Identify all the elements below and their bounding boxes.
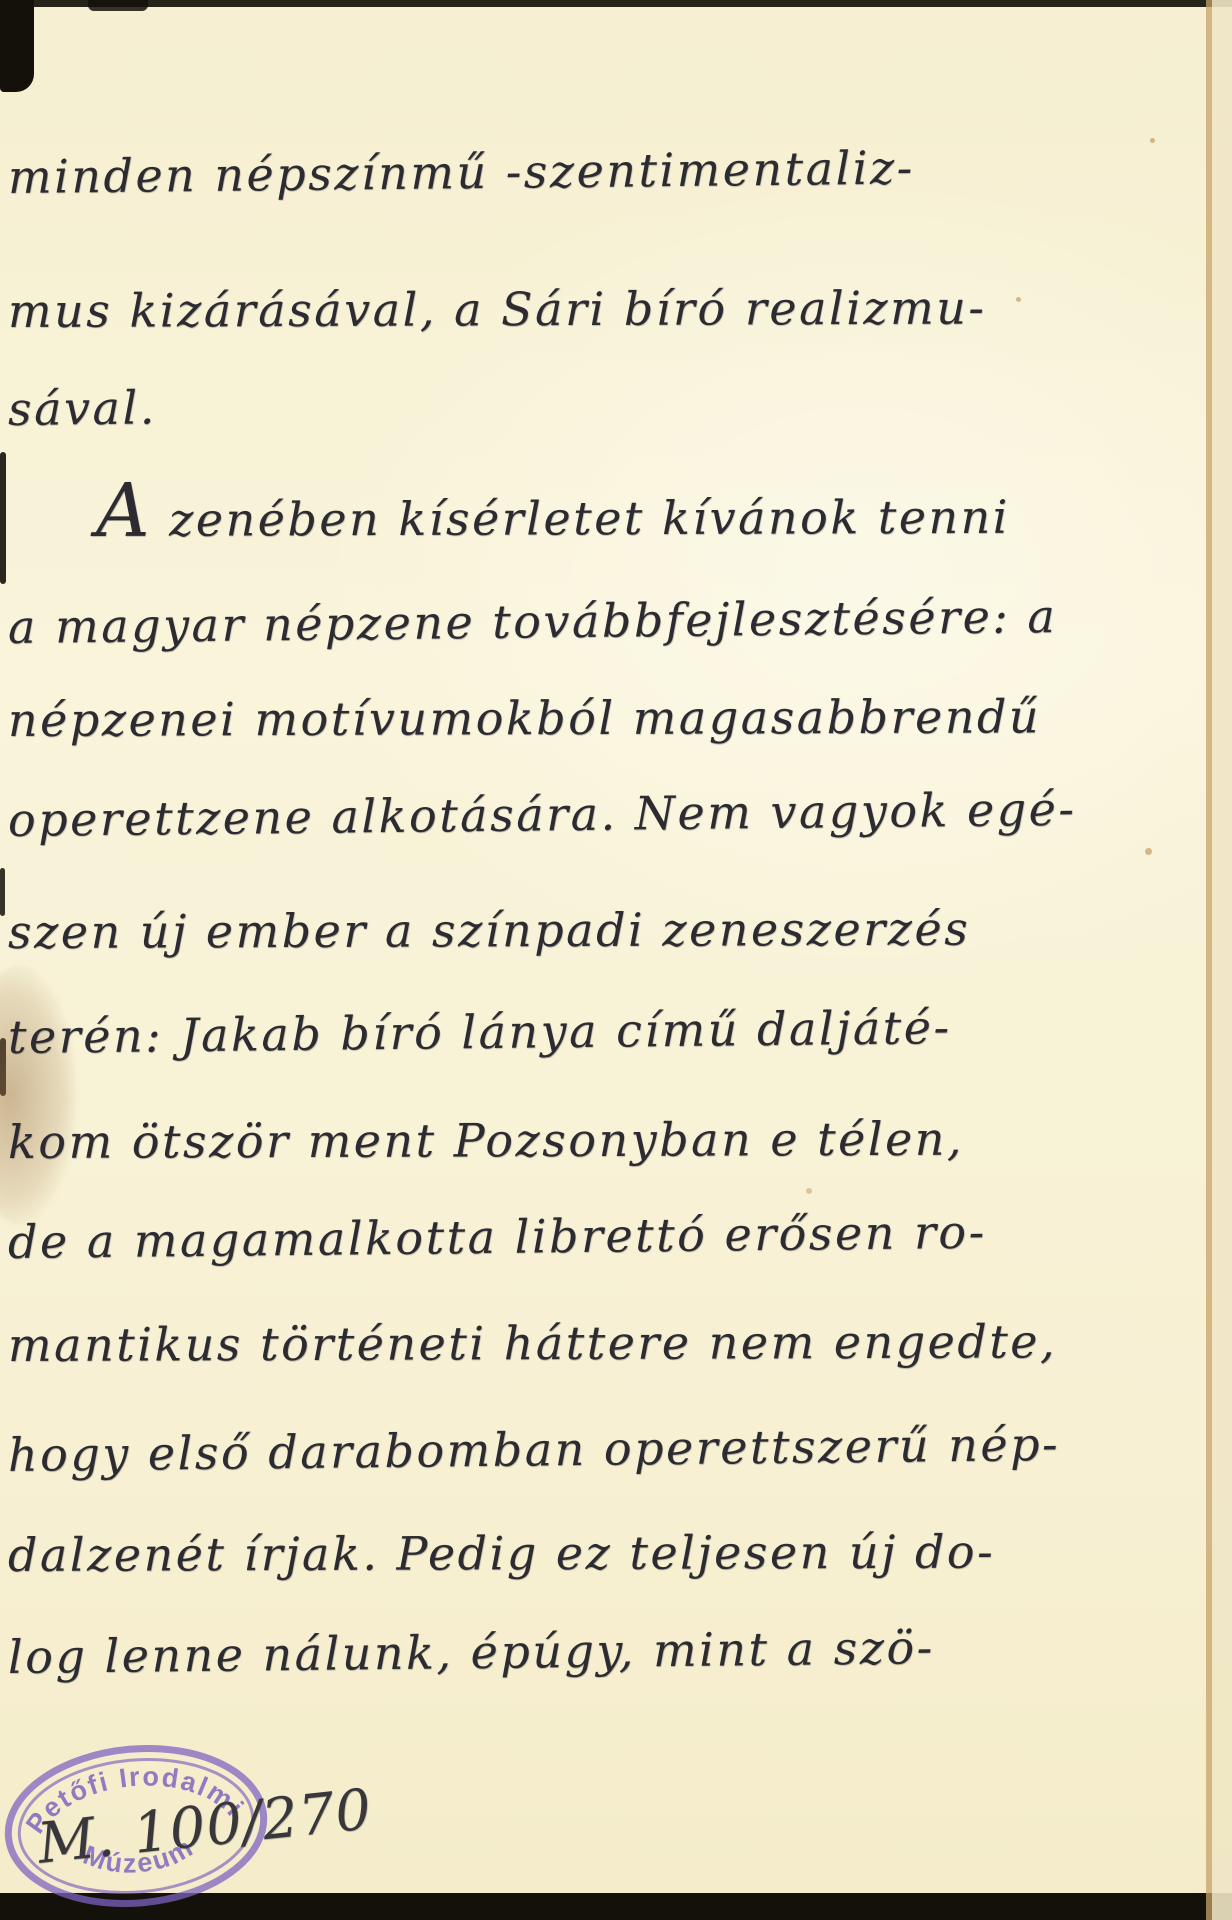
manuscript-page: minden népszínmű -szentimentaliz- mus ki… bbox=[0, 0, 1232, 1920]
manuscript-line: operettzene alkotására. Nem vagyok egé- bbox=[8, 782, 1077, 847]
manuscript-line: a magyar népzene továbbfejlesztésére: a bbox=[8, 589, 1058, 654]
manuscript-line: terén: Jakab bíró lánya című daljáté- bbox=[8, 1000, 952, 1064]
manuscript-line: de a magamalkotta librettó erősen ro- bbox=[8, 1205, 987, 1269]
manuscript-line: A zenében kísérletet kívánok tenni bbox=[96, 465, 1010, 554]
paper-speck bbox=[1016, 297, 1021, 302]
manuscript-line: mus kizárásával, a Sári bíró realizmu- bbox=[8, 281, 987, 338]
manuscript-line: népzenei motívumokból magasabbrendű bbox=[8, 689, 1041, 747]
page-edge-mark bbox=[0, 868, 5, 916]
manuscript-line: hogy első darabomban operettszerű nép- bbox=[8, 1417, 1061, 1482]
manuscript-line: szen új ember a színpadi zeneszerzés bbox=[8, 902, 970, 959]
paper-stain bbox=[0, 965, 76, 1225]
page-edge-mark bbox=[88, 0, 148, 11]
page-edge-right-line bbox=[1206, 0, 1212, 1920]
page-edge-right bbox=[1212, 0, 1232, 1920]
manuscript-line: log lenne nálunk, épúgy, mint a szö- bbox=[8, 1620, 935, 1684]
manuscript-line: kom ötször ment Pozsonyban e télen, bbox=[8, 1112, 964, 1169]
manuscript-line: minden népszínmű -szentimentaliz- bbox=[8, 141, 915, 204]
paper-speck bbox=[1150, 138, 1155, 143]
paper-speck bbox=[806, 1188, 812, 1194]
paper-speck bbox=[1145, 848, 1152, 855]
page-edge-top-left bbox=[0, 0, 34, 92]
page-edge-top bbox=[0, 0, 1232, 7]
page-edge-mark bbox=[0, 452, 6, 584]
manuscript-line: mantikus történeti háttere nem engedte, bbox=[8, 1314, 1057, 1372]
manuscript-line: sával. bbox=[8, 380, 157, 436]
manuscript-line: dalzenét írjak. Pedig ez teljesen új do- bbox=[8, 1525, 995, 1582]
